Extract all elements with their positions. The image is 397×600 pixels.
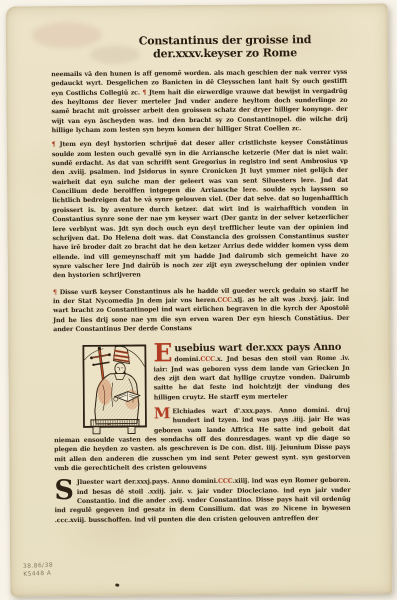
paragraph-helena-relics: neemails vā den hunen is aff genomē word… xyxy=(51,68,348,136)
paragraph-arian-heresy: ¶ Jtem eyn deyl hystorien schrijuē dat d… xyxy=(52,138,349,280)
eusebius-text: usebius wart der.xxx pays Annodomini.CCC… xyxy=(154,345,350,401)
page-heading: Constantinus der groisse ind der.xxxv.ke… xyxy=(51,34,347,61)
photo-background: Constantinus der groisse ind der.xxxv.ke… xyxy=(0,0,397,600)
drop-cap-melchiades: M xyxy=(154,407,171,421)
text-segment: CCC xyxy=(200,356,215,363)
pencil-shelfmark: 38.86/38 K5448 A xyxy=(23,562,54,578)
text-segment: CCC xyxy=(218,478,233,485)
seated-figure-body xyxy=(95,374,140,424)
paragraph-pope-silvester: SJluester wart der.xxxj.pays. Anno domin… xyxy=(54,476,350,525)
chronicle-leaf: Constantinus der groisse ind der.xxxv.ke… xyxy=(6,4,393,597)
drop-cap-silvester: S xyxy=(54,478,74,503)
shelfmark-line-2: K5448 A xyxy=(23,569,53,578)
text-segment: Jluester wart der.xxxj.pays. Anno domini… xyxy=(77,478,218,486)
text-segment: Jtem eyn deyl hystorien schrijuē dat des… xyxy=(52,139,349,279)
text-block: Constantinus der groisse ind der.xxxv.ke… xyxy=(51,34,351,530)
text-segment: domini. xyxy=(174,356,200,363)
silvester-text: Jluester wart der.xxxj.pays. Anno domini… xyxy=(55,477,351,524)
text-segment: CCC xyxy=(217,297,232,304)
heading-line-2: der.xxxv.keyser zo Rome xyxy=(103,46,347,60)
text-segment: usebius wart der.xxx pays Anno xyxy=(174,342,341,354)
throne-bench xyxy=(91,420,139,434)
paragraph-constantine-death: ¶ Disse vurß keyser Constantinus als he … xyxy=(53,285,349,334)
popes-section: Eusebius wart der.xxx pays Annodomini.CC… xyxy=(53,341,350,473)
ink-speck xyxy=(115,583,120,587)
drop-cap-eusebius: E xyxy=(153,342,172,364)
pope-woodcut-illustration xyxy=(82,345,147,435)
woodcut-pope-portrait xyxy=(82,345,147,435)
